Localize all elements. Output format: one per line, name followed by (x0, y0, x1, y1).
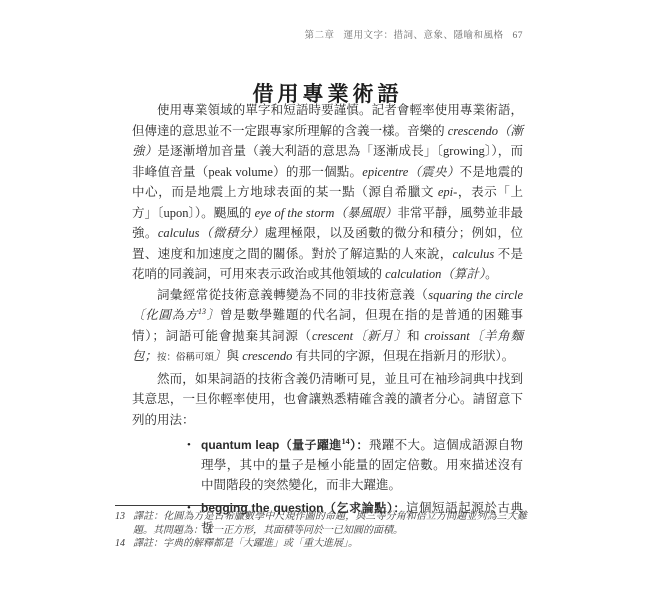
bullet-item: • quantum leap（量子躍進14）：飛躍不大。這個成語源自物理學，其中… (185, 435, 523, 495)
text-segment: （微積分） (200, 226, 265, 240)
text-segment: 與 (227, 349, 243, 363)
text-segment: （暴風眼） (334, 206, 397, 220)
text-segment: calculus (453, 247, 495, 261)
text-segment: ： (356, 438, 368, 452)
text-segment: eye of the storm (255, 206, 335, 220)
text-segment: 按：俗稱可頌 (157, 353, 214, 363)
chapter-label: 第二章 (304, 31, 334, 41)
text-segment: 有共同的字源，但現在指新月的形狀）。 (292, 349, 514, 363)
bullet-text: quantum leap（量子躍進14）：飛躍不大。這個成語源自物理學，其中的量… (201, 438, 523, 492)
text-segment: calculation (385, 267, 441, 281)
text-segment: 〕 (206, 308, 220, 322)
text-segment: epicentre (362, 165, 408, 179)
footnote: 14 譯註：字典的解釋都是「大躍進」或「重大進展」。 (115, 537, 527, 551)
text-segment: 和 (407, 329, 424, 343)
text-segment: crescendo (242, 349, 292, 363)
running-head: 第二章運用文字：措詞、意象、隱喻和風格67 (132, 27, 523, 41)
footnote-number: 13 (115, 510, 133, 537)
page-number: 67 (513, 31, 524, 41)
footnote-text: 譯註：化圓為方是古希臘數學中尺規作圖的命題，與三等分角和倍立方問題並列為三大難題… (133, 510, 527, 537)
text-segment: 。 (485, 267, 498, 281)
text-segment: crescendo (448, 124, 498, 138)
footnote-text: 譯註：字典的解釋都是「大躍進」或「重大進展」。 (133, 537, 527, 551)
text-segment: calculus (158, 226, 200, 240)
text-segment: 〔化圓為方 (132, 308, 198, 322)
footnote-divider (115, 505, 248, 506)
text-segment: croissant (424, 329, 469, 343)
running-title: 運用文字：措詞、意象、隱喻和風格 (343, 31, 503, 41)
text-segment: （量子躍進 (279, 438, 341, 452)
text-segment: （震央） (408, 165, 459, 179)
bullet-icon: • (187, 435, 191, 455)
body-text: 使用專業領域的單字和短語時要謹慎。記者會輕率使用專業術語，但傳達的意思並不一定跟… (132, 100, 523, 541)
text-segment: squaring the circle (428, 288, 523, 302)
text-segment: 14 (342, 437, 350, 446)
footnote-number: 14 (115, 537, 133, 551)
footnote-list: 13 譯註：化圓為方是古希臘數學中尺規作圖的命題，與三等分角和倍立方問題並列為三… (115, 510, 527, 551)
text-segment: 〔新月〕 (353, 329, 407, 343)
text-segment: crescent (312, 329, 353, 343)
text-segment: quantum leap (201, 438, 279, 452)
text-segment: （算計） (441, 267, 485, 281)
text-segment: 〕 (214, 349, 227, 363)
paragraph: 使用專業領域的單字和短語時要謹慎。記者會輕率使用專業術語，但傳達的意思並不一定跟… (132, 100, 523, 285)
text-segment: 詞彙經常從技術意義轉變為不同的非技術意義（ (157, 288, 428, 302)
text-segment: 13 (198, 307, 206, 316)
paragraph: 然而，如果詞語的技術含義仍清晰可見，並且可在袖珍詞典中找到其意思，一旦你輕率使用… (132, 369, 523, 431)
text-segment: epi- (438, 185, 457, 199)
book-page: 第二章運用文字：措詞、意象、隱喻和風格67 借用專業術語 使用專業領域的單字和短… (0, 0, 655, 609)
paragraph: 詞彙經常從技術意義轉變為不同的非技術意義（squaring the circle… (132, 285, 523, 369)
footnote: 13 譯註：化圓為方是古希臘數學中尺規作圖的命題，與三等分角和倍立方問題並列為三… (115, 510, 527, 537)
text-segment: 然而，如果詞語的技術含義仍清晰可見，並且可在袖珍詞典中找到其意思，一旦你輕率使用… (132, 372, 523, 427)
